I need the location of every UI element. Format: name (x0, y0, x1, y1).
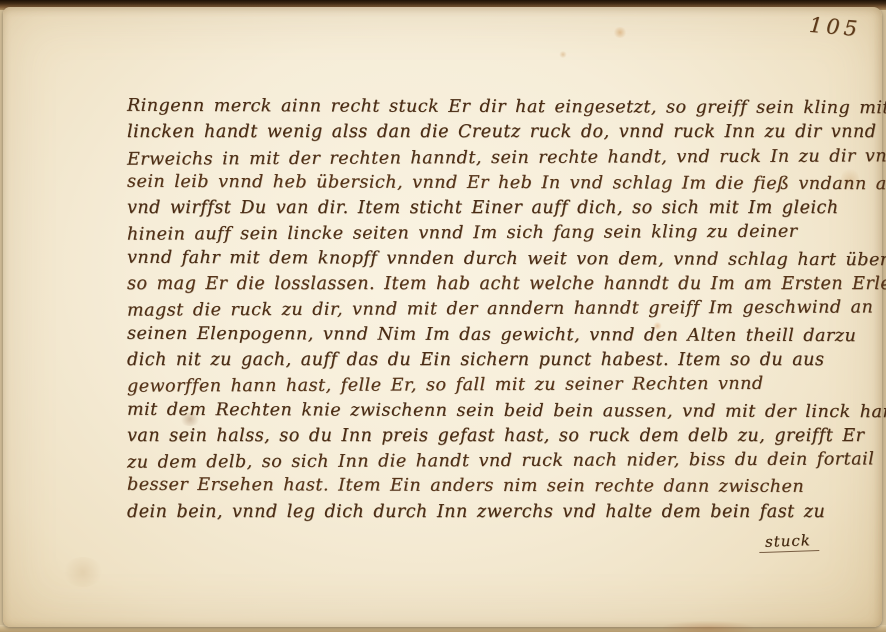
text-line: mit dem Rechten knie zwischenn sein beid… (127, 397, 883, 425)
text-line: Ringenn merck ainn recht stuck Er dir ha… (127, 94, 883, 122)
text-line: Erweichs in mit der rechten hanndt, sein… (127, 144, 883, 173)
foxing-spot (613, 27, 627, 38)
text-line: zu dem delb, so sich Inn die handt vnd r… (127, 448, 883, 477)
text-line: hinein auff sein lincke seiten vnnd Im s… (127, 220, 883, 249)
foxing-spot (559, 51, 567, 58)
text-line: dein bein, vnnd leg dich durch Inn zwerc… (127, 500, 883, 525)
text-line: so mag Er die losslassen. Item hab acht … (127, 272, 883, 297)
catchword: stuck (759, 531, 820, 553)
foxing-spot (63, 557, 103, 587)
text-line: van sein halss, so du Inn preis gefast h… (127, 424, 883, 449)
text-line: vnd wirffst Du van dir. Item sticht Eine… (127, 196, 883, 221)
text-line: vnnd fahr mit dem knopff vnnden durch we… (127, 246, 883, 274)
text-line: magst die ruck zu dir, vnnd mit der annd… (127, 296, 883, 325)
text-line: besser Ersehen hast. Item Ein anders nim… (127, 473, 883, 501)
manuscript-photo: 105 Ringenn merck ainn recht stuck Er di… (0, 0, 886, 632)
manuscript-page: 105 Ringenn merck ainn recht stuck Er di… (3, 7, 882, 627)
page-number: 105 (808, 13, 862, 41)
text-line: seinen Elenpogenn, vnnd Nim Im das gewic… (127, 321, 883, 349)
manuscript-text: Ringenn merck ainn recht stuck Er dir ha… (127, 95, 883, 525)
text-line: lincken handt wenig alss dan die Creutz … (127, 120, 883, 145)
text-line: sein leib vnnd heb übersich, vnnd Er heb… (127, 170, 883, 198)
text-line: geworffen hann hast, felle Er, so fall m… (127, 372, 883, 401)
text-line: dich nit zu gach, auff das du Ein sicher… (127, 348, 883, 373)
